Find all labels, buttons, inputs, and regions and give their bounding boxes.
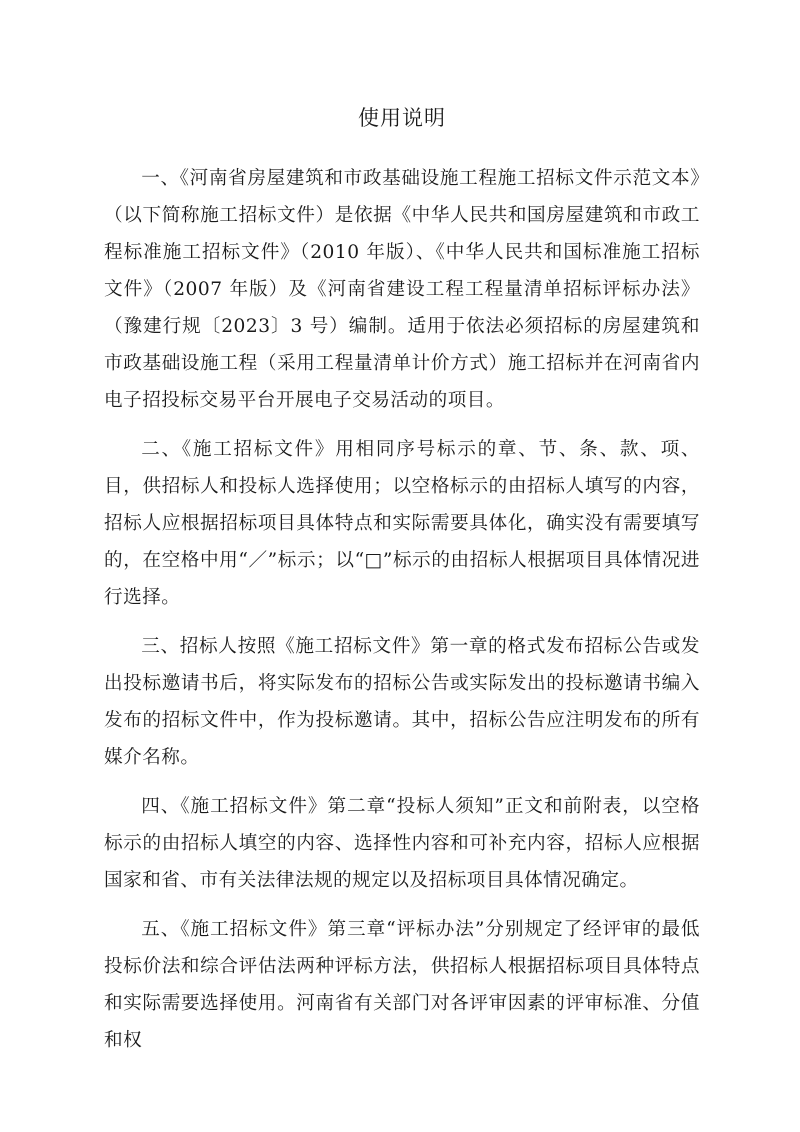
paragraph-5: 五、《施工招标文件》第三章“评标办法”分别规定了经评审的最低投标价法和综合评估法… xyxy=(104,911,700,1059)
paragraph-3: 三、招标人按照《施工招标文件》第一章的格式发布招标公告或发出投标邀请书后，将实际… xyxy=(104,628,700,776)
document-title: 使用说明 xyxy=(104,98,700,138)
paragraph-1: 一、《河南省房屋建筑和市政基础设施工程施工招标文件示范文本》（以下简称施工招标文… xyxy=(104,160,700,419)
document-page: 使用说明 一、《河南省房屋建筑和市政基础设施工程施工招标文件示范文本》（以下简称… xyxy=(104,98,700,1071)
paragraph-4: 四、《施工招标文件》第二章“投标人须知”正文和前附表，以空格标示的由招标人填空的… xyxy=(104,788,700,899)
paragraph-2: 二、《施工招标文件》用相同序号标示的章、节、条、款、项、目，供招标人和投标人选择… xyxy=(104,431,700,616)
